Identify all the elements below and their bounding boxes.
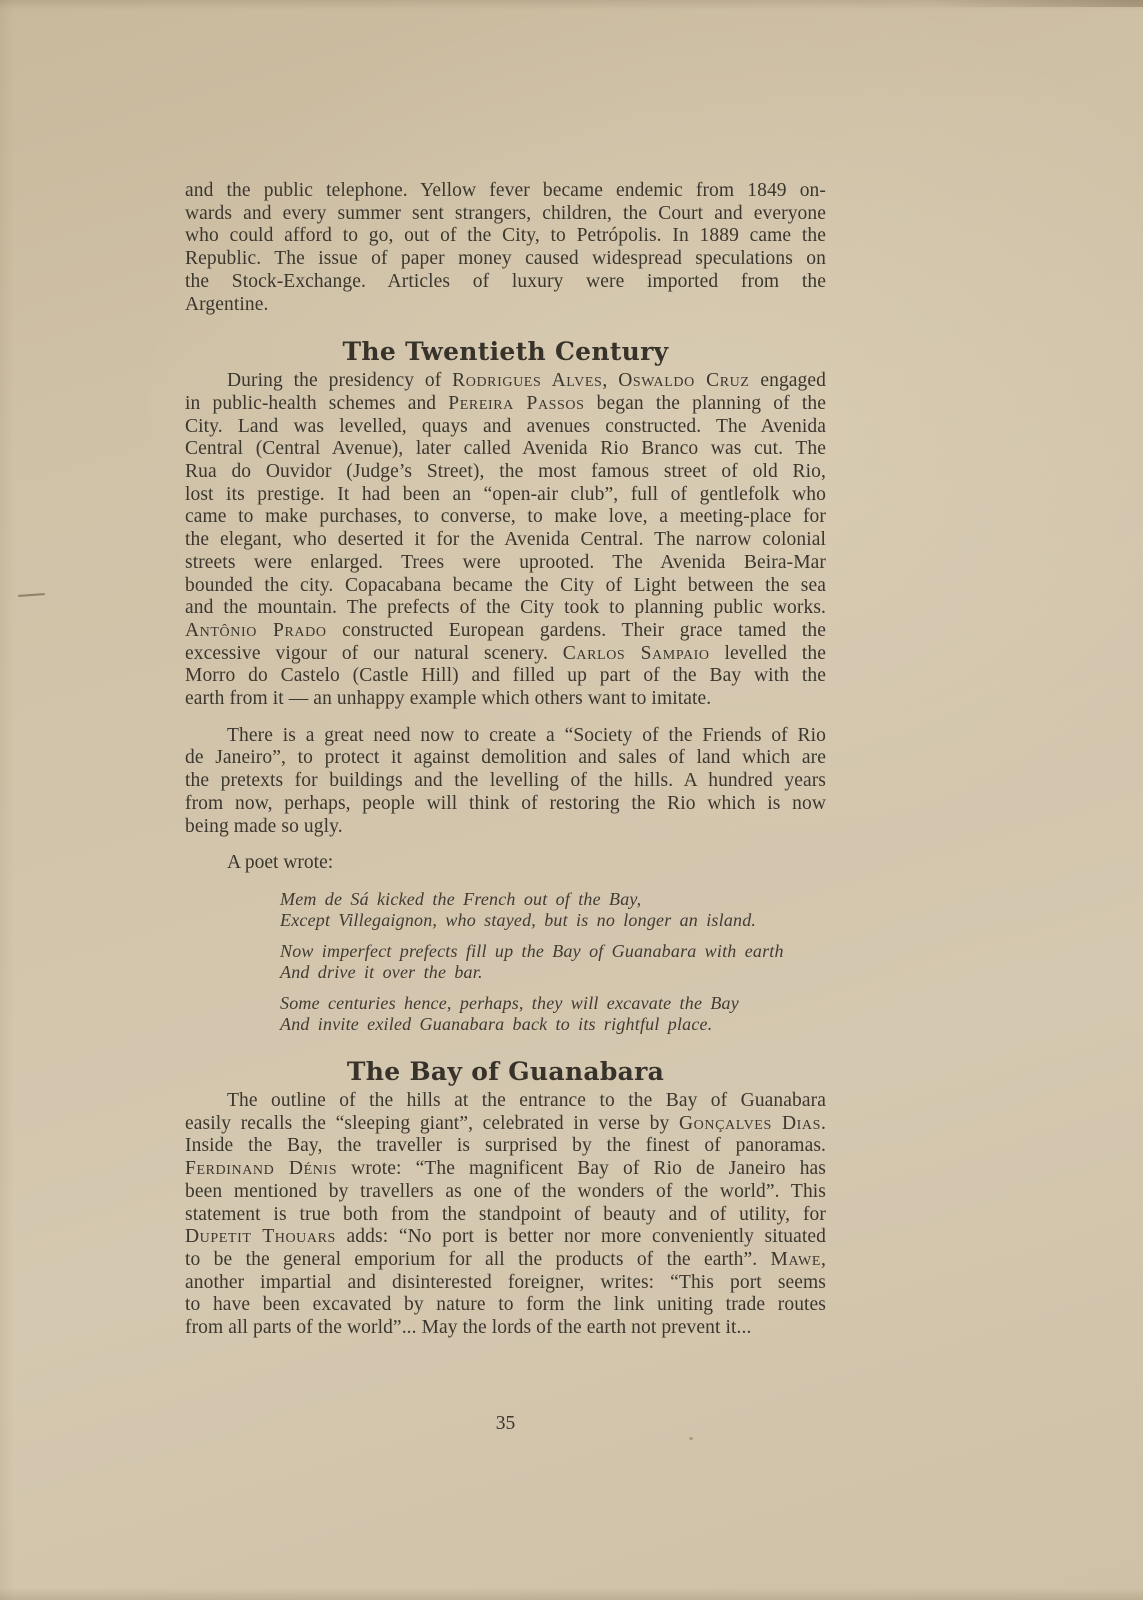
verse-stanza: Mem de Sá kicked the French out of the B… xyxy=(280,889,826,932)
pencil-mark xyxy=(18,593,45,597)
paragraph-petropolis-republic: and the public telephone. Yellow fever b… xyxy=(185,180,826,316)
text-line: There is a great need now to create a “S… xyxy=(185,725,826,748)
text-segment: . xyxy=(821,1113,826,1134)
text-segment: streets were enlarged. Trees were uproot… xyxy=(185,552,826,573)
text-line: being made so ugly. xyxy=(185,816,826,839)
text-segment: who could afford to go, out of the City,… xyxy=(185,225,826,246)
text-segment: Argentine. xyxy=(185,294,269,315)
text-segment: been mentioned by travellers as one of t… xyxy=(185,1181,826,1202)
small-caps-name: Gonçalves Dias xyxy=(679,1113,821,1134)
small-caps-name: Dupetit Thouars xyxy=(185,1226,336,1247)
text-segment: wrote: “The magnificent Bay of Rio de Ja… xyxy=(337,1158,826,1179)
text-segment: Morro do Castelo (Castle Hill) and fille… xyxy=(185,665,826,686)
text-line: another impartial and disinterested fore… xyxy=(185,1272,826,1295)
small-caps-name: Mawe xyxy=(771,1249,822,1270)
text-segment: began the planning of the xyxy=(585,393,826,414)
text-line: from all parts of the world”... May the … xyxy=(185,1317,826,1340)
verse-line: And drive it over the bar. xyxy=(280,962,826,984)
text-segment: , xyxy=(821,1249,826,1270)
text-segment: excessive vigour of our natural scenery. xyxy=(185,643,563,664)
text-segment: to be the general emporium for all the p… xyxy=(185,1249,771,1270)
text-line: wards and every summer sent strangers, c… xyxy=(185,203,826,226)
verse-line: And invite exiled Guanabara back to its … xyxy=(280,1014,826,1036)
text-segment: and the public telephone. Yellow fever b… xyxy=(185,180,826,201)
text-segment: the pretexts for buildings and the level… xyxy=(185,770,826,791)
text-line: streets were enlarged. Trees were uproot… xyxy=(185,552,826,575)
text-segment: Central (Central Avenue), later called A… xyxy=(185,438,826,459)
text-line: Argentine. xyxy=(185,294,826,317)
text-line: the pretexts for buildings and the level… xyxy=(185,770,826,793)
text-line: de Janeiro”, to protect it against demol… xyxy=(185,747,826,770)
text-line: been mentioned by travellers as one of t… xyxy=(185,1181,826,1204)
text-line: and the public telephone. Yellow fever b… xyxy=(185,180,826,203)
poet-intro: A poet wrote: xyxy=(185,852,826,875)
text-segment: being made so ugly. xyxy=(185,816,343,837)
text-line: Dupetit Thouars adds: “No port is better… xyxy=(185,1226,826,1249)
small-caps-name: Ferdinand Dénis xyxy=(185,1158,337,1179)
paper-speck xyxy=(689,1437,693,1440)
text-line: the elegant, who deserted it for the Ave… xyxy=(185,529,826,552)
text-segment: engaged xyxy=(750,370,826,391)
text-line: The outline of the hills at the entrance… xyxy=(185,1090,826,1113)
text-segment: the Stock-Exchange. Articles of luxury w… xyxy=(185,271,826,292)
page-number: 35 xyxy=(185,1412,826,1435)
verse-stanza: Some centuries hence, perhaps, they will… xyxy=(280,993,826,1036)
text-line: earth from it — an unhappy example which… xyxy=(185,688,826,711)
small-caps-name: Antônio Prado xyxy=(185,620,327,641)
verse-line: Mem de Sá kicked the French out of the B… xyxy=(280,889,826,911)
text-segment: to have been excavated by nature to form… xyxy=(185,1294,826,1315)
paragraph-society-of-friends: There is a great need now to create a “S… xyxy=(185,725,826,839)
verse-stanza: Now imperfect prefects fill up the Bay o… xyxy=(280,941,826,984)
text-segment: constructed European gardens. Their grac… xyxy=(327,620,826,641)
small-caps-name: Oswaldo Cruz xyxy=(618,370,749,391)
paragraph-twentieth-century: During the presidency of Rodrigues Alves… xyxy=(185,370,826,711)
text-line: excessive vigour of our natural scenery.… xyxy=(185,643,826,666)
text-segment: another impartial and disinterested fore… xyxy=(185,1272,826,1293)
text-segment: bounded the city. Copacabana became the … xyxy=(185,575,826,596)
paragraph-bay-of-guanabara: The outline of the hills at the entrance… xyxy=(185,1090,826,1340)
small-caps-name: Rodrigues Alves xyxy=(452,370,602,391)
text-line: from now, perhaps, people will think of … xyxy=(185,793,826,816)
text-line: lost its prestige. It had been an “open-… xyxy=(185,484,826,507)
verse-line: Now imperfect prefects fill up the Bay o… xyxy=(280,941,826,963)
text-segment: Republic. The issue of paper money cause… xyxy=(185,248,826,269)
text-segment: easily recalls the “sleeping giant”, cel… xyxy=(185,1113,679,1134)
text-segment: City. Land was levelled, quays and avenu… xyxy=(185,416,826,437)
text-segment: from now, perhaps, people will think of … xyxy=(185,793,826,814)
text-segment: lost its prestige. It had been an “open-… xyxy=(185,484,826,505)
text-line: easily recalls the “sleeping giant”, cel… xyxy=(185,1113,826,1136)
text-line: Antônio Prado constructed European garde… xyxy=(185,620,826,643)
text-segment: earth from it — an unhappy example which… xyxy=(185,688,711,709)
text-segment: Rua do Ouvidor (Judge’s Street), the mos… xyxy=(185,461,826,482)
text-segment: , xyxy=(602,370,618,391)
text-line: City. Land was levelled, quays and avenu… xyxy=(185,416,826,439)
text-line: in public-health schemes and Pereira Pas… xyxy=(185,393,826,416)
text-line: Central (Central Avenue), later called A… xyxy=(185,438,826,461)
text-line: bounded the city. Copacabana became the … xyxy=(185,575,826,598)
text-line: to be the general emporium for all the p… xyxy=(185,1249,826,1272)
text-line: Rua do Ouvidor (Judge’s Street), the mos… xyxy=(185,461,826,484)
text-line: who could afford to go, out of the City,… xyxy=(185,225,826,248)
text-segment: came to make purchases, to converse, to … xyxy=(185,506,826,527)
scan-edge-top-right xyxy=(933,0,1143,7)
text-line: Ferdinand Dénis wrote: “The magnificent … xyxy=(185,1158,826,1181)
text-line: the Stock-Exchange. Articles of luxury w… xyxy=(185,271,826,294)
text-segment: wards and every summer sent strangers, c… xyxy=(185,203,826,224)
text-line: came to make purchases, to converse, to … xyxy=(185,506,826,529)
scan-edge-bottom xyxy=(0,1588,1143,1600)
small-caps-name: Carlos Sampaio xyxy=(563,643,710,664)
text-line: to have been excavated by nature to form… xyxy=(185,1294,826,1317)
heading-bay-of-guanabara: The Bay of Guanabara xyxy=(185,1056,826,1088)
verse-line: Some centuries hence, perhaps, they will… xyxy=(280,993,826,1015)
text-segment: de Janeiro”, to protect it against demol… xyxy=(185,747,826,768)
text-segment: the elegant, who deserted it for the Ave… xyxy=(185,529,826,550)
text-line: statement is true both from the standpoi… xyxy=(185,1204,826,1227)
text-segment: During the presidency of xyxy=(227,370,452,391)
text-line: Republic. The issue of paper money cause… xyxy=(185,248,826,271)
text-segment: statement is true both from the standpoi… xyxy=(185,1204,826,1225)
small-caps-name: Pereira Passos xyxy=(448,393,584,414)
text-segment: from all parts of the world”... May the … xyxy=(185,1317,751,1338)
page-text-block: and the public telephone. Yellow fever b… xyxy=(185,180,826,1340)
scan-edge-left xyxy=(0,0,14,1600)
text-segment: in public-health schemes and xyxy=(185,393,448,414)
text-line: During the presidency of Rodrigues Alves… xyxy=(185,370,826,393)
text-segment: levelled the xyxy=(710,643,826,664)
text-segment: adds: “No port is better nor more conven… xyxy=(336,1226,826,1247)
text-segment: Inside the Bay, the traveller is surpris… xyxy=(185,1135,826,1156)
poem-guanabara: Mem de Sá kicked the French out of the B… xyxy=(280,889,826,1036)
text-line: Morro do Castelo (Castle Hill) and fille… xyxy=(185,665,826,688)
text-segment: and the mountain. The prefects of the Ci… xyxy=(185,597,826,618)
book-page: and the public telephone. Yellow fever b… xyxy=(0,0,1143,1600)
text-segment: There is a great need now to create a “S… xyxy=(227,725,826,746)
text-line: Inside the Bay, the traveller is surpris… xyxy=(185,1135,826,1158)
text-line: and the mountain. The prefects of the Ci… xyxy=(185,597,826,620)
text-segment: The outline of the hills at the entrance… xyxy=(227,1090,826,1111)
heading-twentieth-century: The Twentieth Century xyxy=(185,336,826,368)
verse-line: Except Villegaignon, who stayed, but is … xyxy=(280,910,826,932)
